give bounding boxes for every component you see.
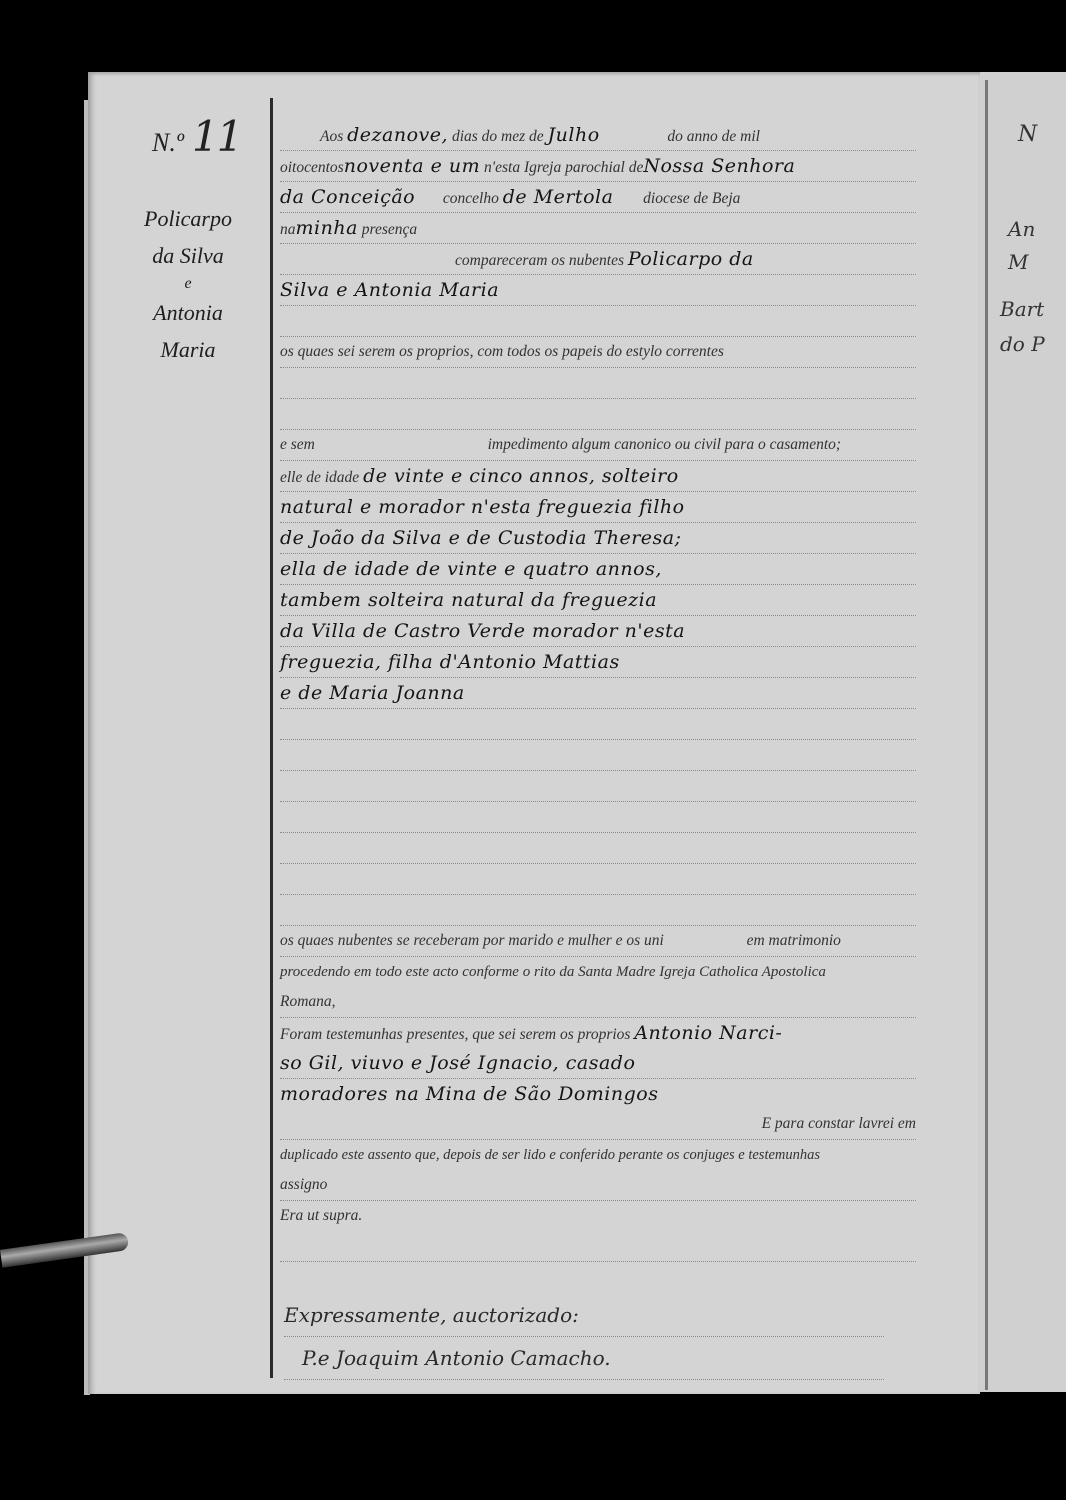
form-line-blank	[280, 399, 916, 430]
next-margin-fragment: do P	[1000, 332, 1045, 356]
form-line-blank	[280, 864, 916, 895]
handwritten-day: dezanove,	[347, 124, 448, 146]
printed-text: elle de idade	[280, 469, 359, 486]
handwritten-residence: moradores na Mina de São Domingos	[280, 1083, 658, 1105]
handwritten-month: Julho	[548, 124, 600, 146]
printed-text: procedendo em todo este acto conforme o …	[280, 964, 826, 980]
printed-text: em matrimonio	[747, 932, 841, 949]
printed-text: os quaes sei serem os proprios, com todo…	[280, 343, 724, 360]
printed-text: do anno de mil	[667, 128, 760, 145]
handwritten-concelho: de Mertola	[503, 186, 614, 208]
handwritten-parish: Nossa Senhora	[643, 155, 795, 177]
printed-text: Romana,	[280, 993, 336, 1010]
handwritten-text: freguezia, filha d'Antonio Mattias	[280, 651, 620, 673]
form-line: so Gil, viuvo e José Ignacio, casado	[280, 1048, 916, 1079]
printed-text: Aos	[320, 128, 343, 145]
printed-text: os quaes nubentes se receberam por marid…	[280, 932, 664, 949]
register-form: Aos dezanove, dias do mez de Julho do an…	[280, 120, 916, 1262]
printed-text: oitocentos	[280, 159, 344, 176]
handwritten-couple: Silva e Antonia Maria	[280, 279, 499, 301]
form-line: ella de idade de vinte e quatro annos,	[280, 554, 916, 585]
priest-signature: Expressamente, auctorizado: P.e Joaquim …	[284, 1294, 884, 1380]
handwritten-text: de João da Silva e de Custodia Theresa;	[280, 527, 682, 549]
form-line-blank	[280, 1231, 916, 1262]
handwritten-parish: da Conceição	[280, 186, 415, 208]
form-line: da Villa de Castro Verde morador n'esta	[280, 616, 916, 647]
next-page-fragment: N An M Bart do P	[980, 72, 1066, 1392]
printed-text: E para constar lavrei em	[762, 1115, 916, 1132]
form-line: moradores na Mina de São Domingos	[280, 1079, 916, 1109]
handwritten-groom-details: de vinte e cinco annos, solteiro	[363, 465, 679, 487]
form-line: de João da Silva e de Custodia Theresa;	[280, 523, 916, 554]
form-line-blank	[280, 709, 916, 740]
next-margin-fragment: Bart	[1000, 297, 1044, 321]
margin-name-line: da Silva	[108, 237, 268, 274]
handwritten-text: da Villa de Castro Verde morador n'esta	[280, 620, 685, 642]
form-line: tambem solteira natural da freguezia	[280, 585, 916, 616]
margin-name-line: Antonia	[108, 294, 268, 331]
printed-text: na	[280, 221, 296, 238]
form-line: procedendo em todo este acto conforme o …	[280, 957, 916, 987]
form-line: freguezia, filha d'Antonio Mattias	[280, 647, 916, 678]
printed-text: compareceram os nubentes	[455, 252, 624, 269]
form-line: natural e morador n'esta freguezia filho	[280, 492, 916, 523]
handwritten-text: natural e morador n'esta freguezia filho	[280, 496, 685, 518]
form-line: naminha presença	[280, 213, 916, 244]
form-line: da Conceição concelho de Mertola diocese…	[280, 182, 916, 213]
form-line: E para constar lavrei em	[280, 1109, 916, 1140]
form-line-blank	[280, 802, 916, 833]
printed-text: Era ut supra.	[280, 1207, 362, 1224]
next-margin-fragment: M	[1008, 250, 1028, 274]
binding-gutter	[985, 80, 988, 1390]
entry-number-value: 11	[192, 112, 241, 161]
form-line: Silva e Antonia Maria	[280, 275, 916, 306]
printed-text: assigno	[280, 1176, 327, 1193]
margin-name-line: e	[108, 274, 268, 294]
next-entry-label: N	[1018, 122, 1037, 147]
form-line-blank	[280, 895, 916, 926]
margin-name-line: Policarpo	[108, 200, 268, 237]
handwritten-witness: Antonio Narci-	[634, 1022, 782, 1044]
form-line-blank	[280, 306, 916, 337]
margin-couple-names: Policarpo da Silva e Antonia Maria	[108, 200, 268, 368]
form-line: Aos dezanove, dias do mez de Julho do an…	[280, 120, 916, 151]
form-line: elle de idade de vinte e cinco annos, so…	[280, 461, 916, 492]
printed-text: presença	[362, 221, 417, 238]
entry-number-label: N.º	[152, 128, 184, 157]
form-line-blank	[280, 740, 916, 771]
printed-text: e sem	[280, 436, 315, 453]
handwritten-text: tambem solteira natural da freguezia	[280, 589, 657, 611]
form-line: e de Maria Joanna	[280, 678, 916, 709]
form-line: e sem impedimento algum canonico ou civi…	[280, 430, 916, 461]
form-line: oitocentosnoventa e um n'esta Igreja par…	[280, 151, 916, 182]
handwritten-groom: Policarpo da	[628, 248, 754, 270]
form-line: Romana,	[280, 987, 916, 1018]
form-line: Era ut supra.	[280, 1201, 916, 1231]
printed-text: concelho	[443, 190, 499, 207]
printed-text: impedimento algum canonico ou civil para…	[488, 436, 841, 453]
margin-name-line: Maria	[108, 331, 268, 368]
printed-text: n'esta Igreja parochial de	[484, 159, 643, 176]
form-line: os quaes nubentes se receberam por marid…	[280, 926, 916, 957]
handwritten-witness: so Gil, viuvo e José Ignacio, casado	[280, 1052, 635, 1074]
handwritten-text: minha	[296, 217, 358, 239]
margin-rule	[270, 98, 273, 1378]
signature-line: P.e Joaquim Antonio Camacho.	[284, 1337, 884, 1380]
form-line-blank	[280, 368, 916, 399]
handwritten-text: e de Maria Joanna	[280, 682, 465, 704]
entry-number: N.º11	[152, 112, 241, 161]
signature-line: Expressamente, auctorizado:	[284, 1294, 884, 1337]
printed-text: Foram testemunhas presentes, que sei ser…	[280, 1026, 630, 1043]
form-line: Foram testemunhas presentes, que sei ser…	[280, 1018, 916, 1048]
form-line: os quaes sei serem os proprios, com todo…	[280, 337, 916, 368]
form-line-blank	[280, 833, 916, 864]
printed-text: dias do mez de	[452, 128, 544, 145]
printed-text: duplicado este assento que, depois de se…	[280, 1147, 820, 1163]
form-line: compareceram os nubentes Policarpo da	[280, 244, 916, 275]
printed-text: diocese de Beja	[643, 190, 740, 207]
next-margin-fragment: An	[1008, 217, 1035, 241]
form-line: duplicado este assento que, depois de se…	[280, 1140, 916, 1170]
handwritten-year: noventa e um	[344, 155, 480, 177]
form-line-blank	[280, 771, 916, 802]
form-line: assigno	[280, 1170, 916, 1201]
handwritten-bride-details: ella de idade de vinte e quatro annos,	[280, 558, 662, 580]
